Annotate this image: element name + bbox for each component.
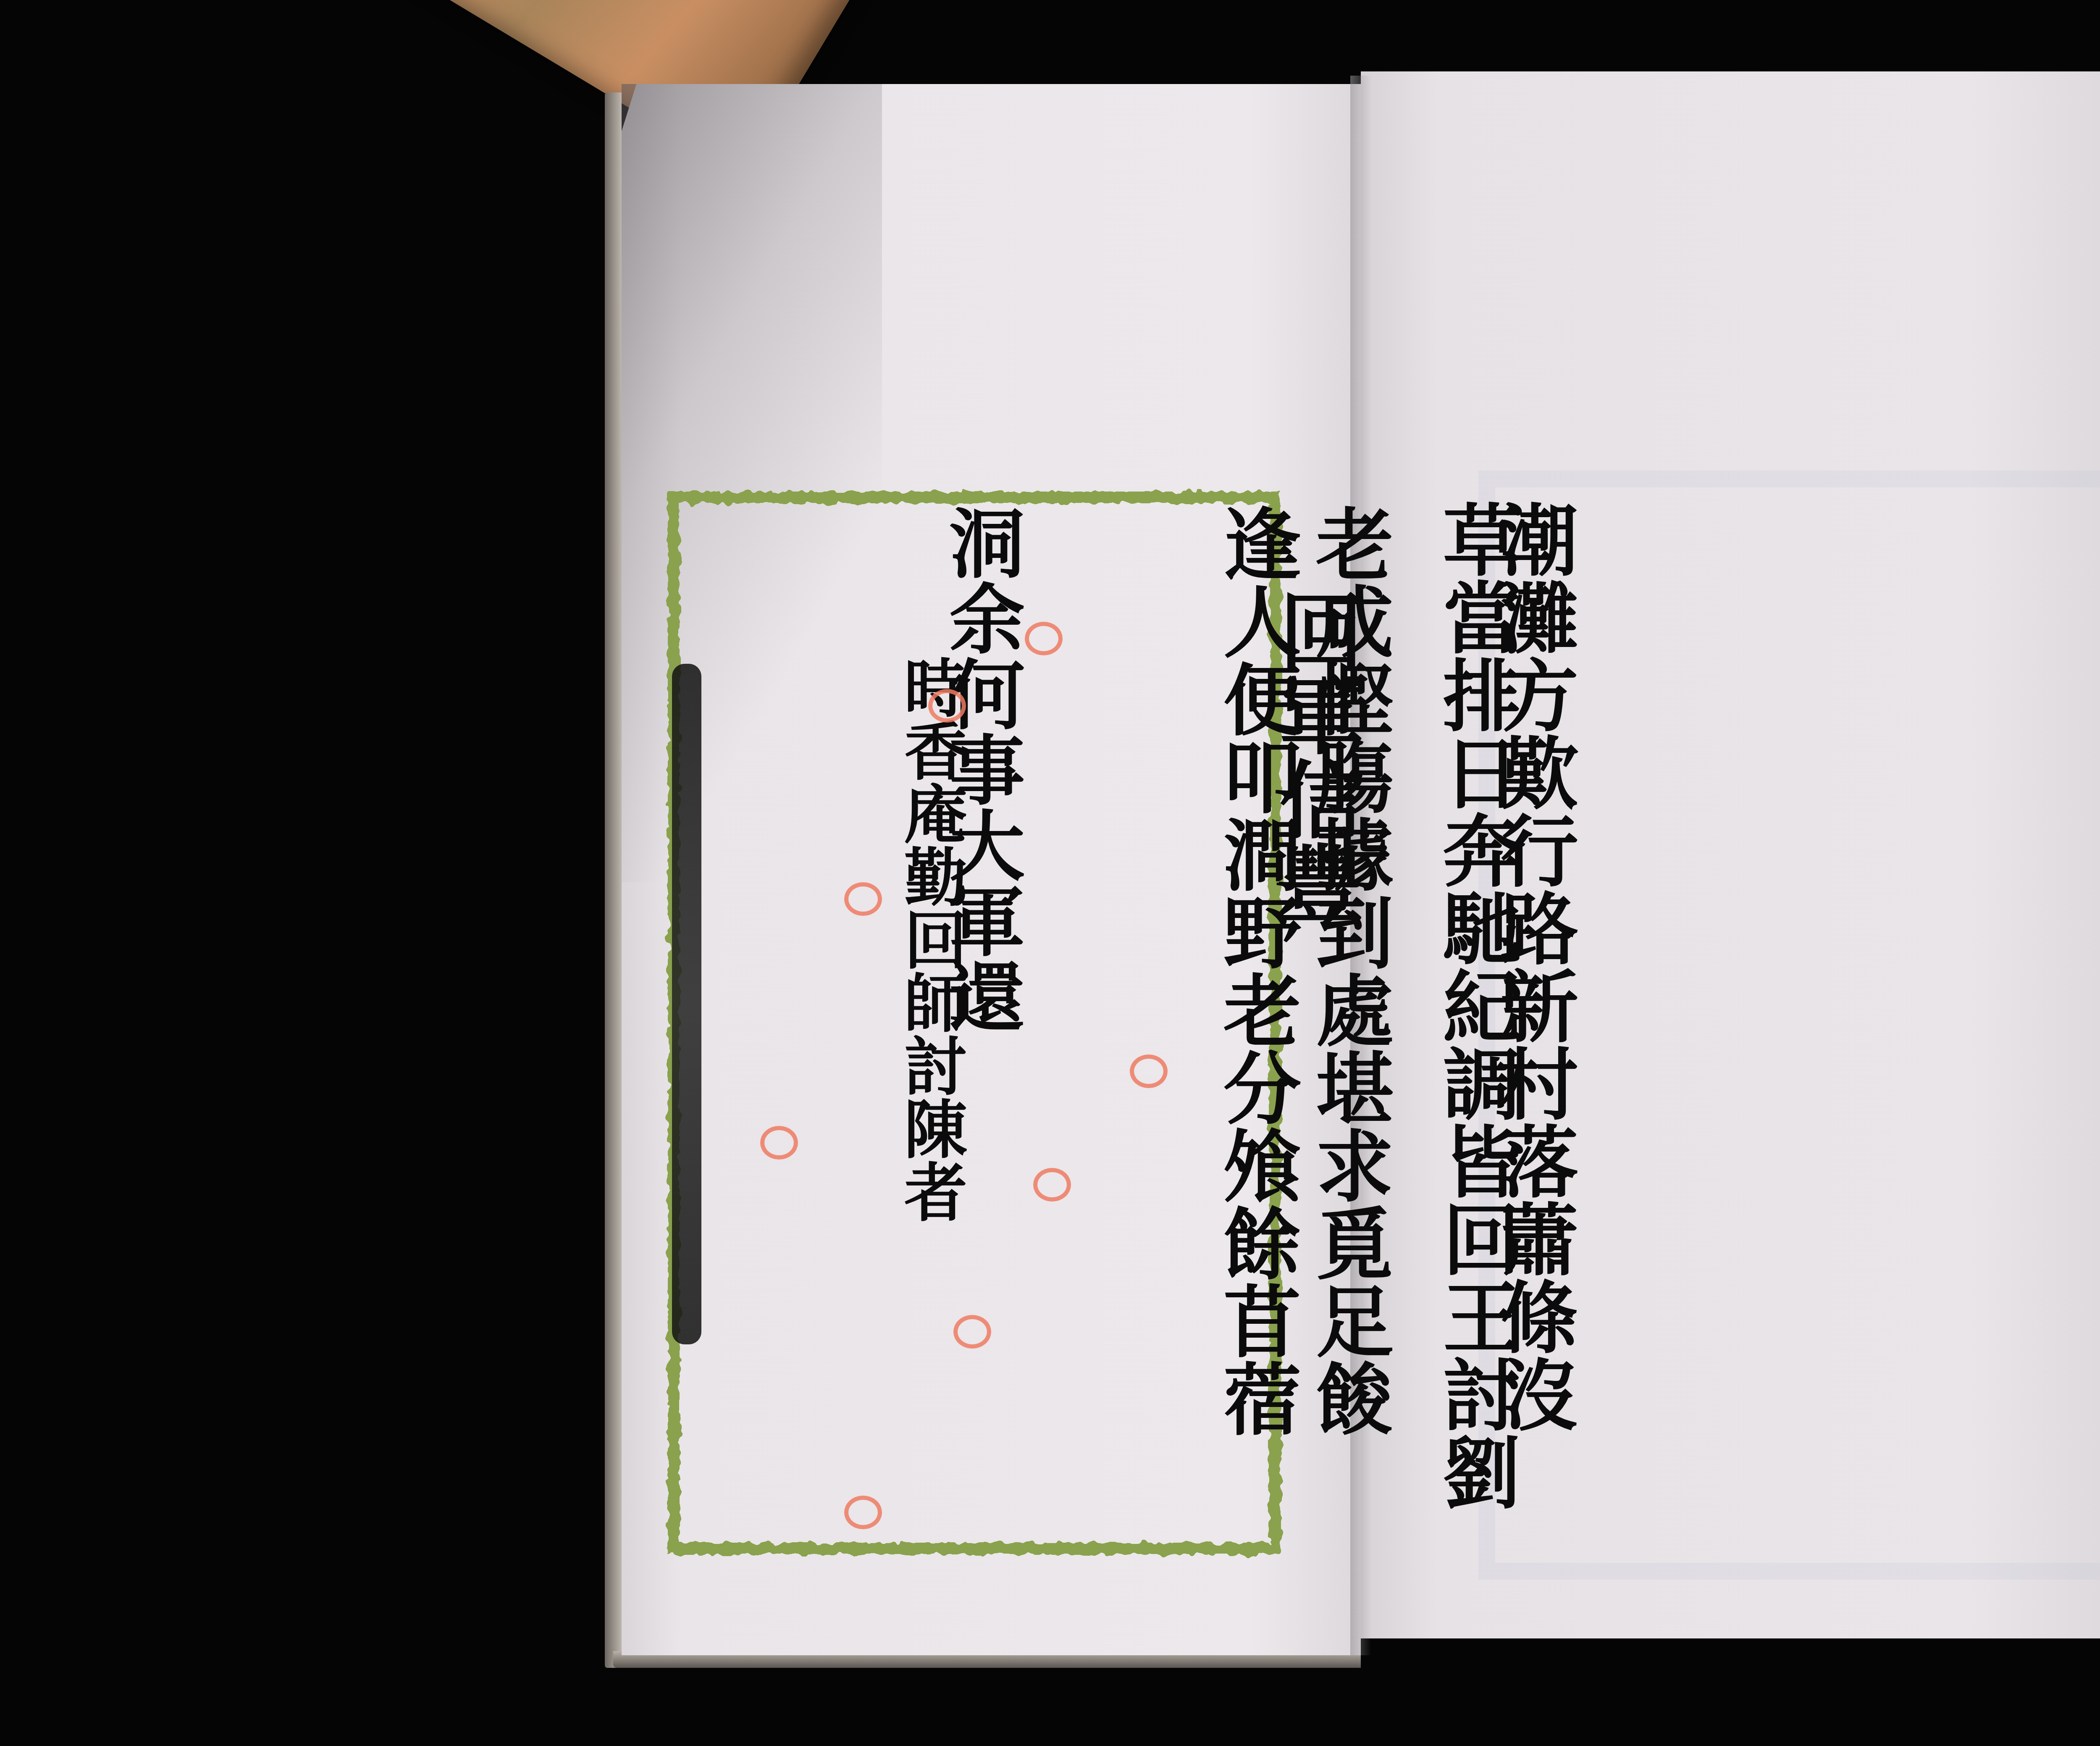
- book-left-edge: [605, 92, 622, 1668]
- punctuation-circle: [760, 1126, 798, 1160]
- punctuation-circle: [1130, 1054, 1168, 1088]
- punctuation-circle: [844, 1496, 882, 1529]
- punctuation-circle: [1033, 1168, 1071, 1202]
- signature-column: 時香庵勤回師討陳者: [647, 655, 1214, 1223]
- punctuation-circle: [844, 882, 882, 916]
- punctuation-circle: [1025, 622, 1063, 655]
- punctuation-circle: [953, 1315, 991, 1349]
- punctuation-circle: [928, 689, 966, 723]
